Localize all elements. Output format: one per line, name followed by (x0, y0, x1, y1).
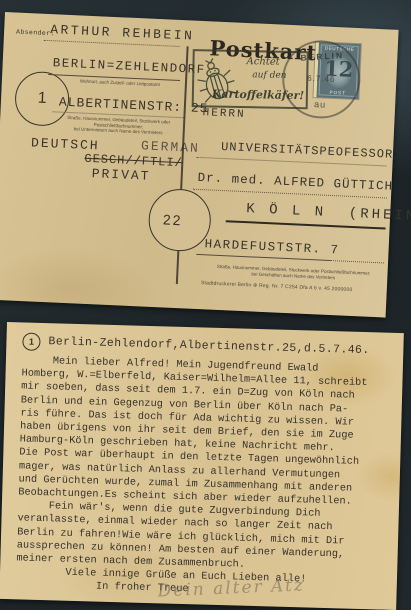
printer-imprint: Stadtdruckerei Berlin ⊕ Reg. Nr. 7 C254 … (201, 280, 385, 294)
sender-privat: PRIVAT (91, 166, 150, 184)
postcard-front: Absender: ARTHUR REHBEIN 1 BERLIN=ZEHLEN… (0, 12, 399, 318)
recipient-street-hint: Straße, Hausnummer, Gebäudeteil, Stockwe… (207, 263, 379, 282)
photo-background: Absender: ARTHUR REHBEIN 1 BERLIN=ZEHLEN… (0, 0, 411, 610)
sender-street-hint: Straße, Hausnummer, Gebäudeteil, Stockwe… (52, 114, 186, 137)
message-body: Mein lieber Alfred! Mein Jugendfreund Ew… (15, 354, 368, 601)
message-zone-number: 1 (29, 337, 34, 347)
postcard-message-side: 1 Berlin-Zehlendorf,Albertinenstr.25,d.5… (0, 322, 404, 610)
sender-city: BERLIN=ZEHLENDORF (52, 56, 206, 77)
postmark-circle: BERLIN 6.7.46 au (281, 39, 362, 120)
recipient-zone-number: 22 (163, 211, 183, 228)
column-divider (176, 248, 179, 284)
recipient-salutation: HERRN (202, 107, 246, 121)
language-left: DEUTSCH (31, 135, 100, 153)
sender-zone-number: 1 (37, 90, 47, 108)
form-line (330, 260, 384, 263)
recipient-zone-circle: 22 (147, 188, 212, 253)
language-right: GERMAN (141, 138, 200, 156)
postmark-city: BERLIN (285, 49, 359, 63)
postmark-date: 6.7.46 (284, 73, 358, 85)
message-dateline: Berlin-Zehlendorf,Albertinenstr.25,d.5.7… (48, 335, 369, 357)
message-zone-circle: 1 (22, 332, 40, 350)
cancel-line1: Achtet (246, 56, 279, 68)
